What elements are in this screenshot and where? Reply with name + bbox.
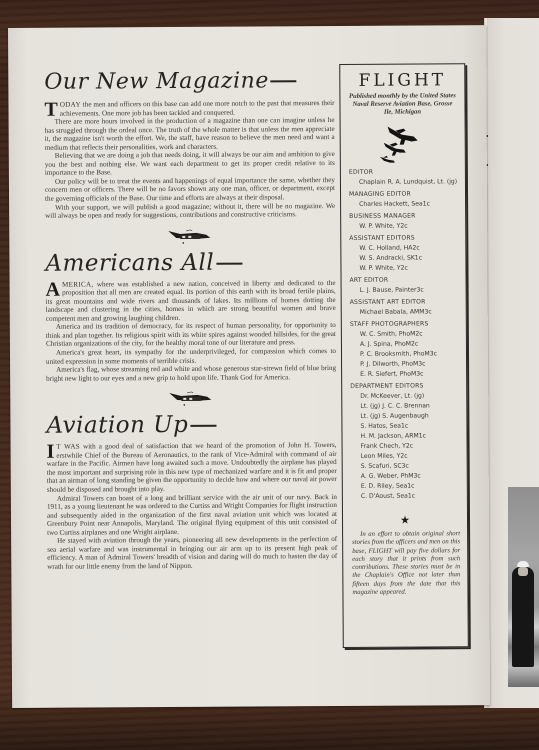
staff-member: P. J. Dilworth, PhoM3c [350,360,466,368]
article-paragraph: He stayed with aviation through the year… [47,535,337,571]
staff-role: MANAGING EDITOR [349,190,465,198]
article-paragraph: America's great heart, its sympathy for … [46,347,336,366]
article-our-new-magazine: Our New Magazine TODAY the men and offic… [44,68,335,220]
article-paragraph: There are more hours involved in the pro… [45,116,335,152]
staff-member: Charles Hackett, Sea1c [349,200,465,208]
article-aviation-up: Aviation Up IT WAS with a good deal of s… [46,411,337,571]
staff-role: ASSISTANT ART EDITOR [350,298,466,306]
staff-member: Leon Miles, Y2c [351,452,467,460]
article-paragraph: With your support, we will publish a goo… [45,202,335,221]
staff-member: E. D. Riley, Sea1c [351,482,467,490]
article-paragraph: America and its tradition of democracy, … [46,321,336,348]
magazine-subtitle: Published monthly by the United States N… [340,90,464,117]
seaplane-icon [167,388,215,408]
staff-member: C. D'Aoust, Sea1c [351,492,467,500]
staff-member: P. C. Brooksmith, PhoM3c [350,350,466,358]
staff-member: Chaplain R. A. Lundquist, Lt. (jg) [349,178,465,186]
staff-member: S. Hatos, Sea1c [350,422,466,430]
staff-member: L. J. Bause, Painter3c [350,286,466,294]
drop-cap: A [46,281,61,297]
staff-member: Lt. (jg) S. Augenbaugh [350,412,466,420]
seaplane-illustration [46,387,336,409]
article-heading: Aviation Up [46,411,336,439]
staff-role: ASSISTANT EDITORS [349,234,465,242]
staff-member: W. S. Andracki, SK1c [349,254,465,262]
staff-member: W. C. Holland, HA2c [349,244,465,252]
staff-member: Michael Babala, AMM3c [350,308,466,316]
staff-member: Frank Chech, Y2c [351,442,467,450]
star-icon: ★ [343,513,467,527]
article-paragraph: Admiral Towers can boast of a long and b… [47,492,337,537]
staff-role: ART EDITOR [350,276,466,284]
staff-member: W. C. Smith, PhoM2c [350,330,466,338]
seaplane-illustration [45,225,335,247]
article-heading: Our New Magazine [44,68,334,95]
staff-member: W. P. White, Y2c [349,222,465,230]
article-paragraph: AMERICA, where was established a new nat… [46,279,336,324]
article-americans-all: Americans All AMERICA, where was establi… [45,249,336,383]
staff-member: A. J. Spina, PhoM2c [350,340,466,348]
staff-role: EDITOR [349,168,465,176]
article-paragraph: Believing that we are doing a job that n… [45,150,335,177]
drop-cap: I [47,444,55,460]
naval-officer-photo [508,487,539,687]
staff-role: STAFF PHOTOGRAPHERS [350,320,466,328]
magazine-title: FLIGHT [340,70,464,91]
staff-member: W. P. White, Y2c [349,264,465,272]
articles-column: Our New Magazine TODAY the men and offic… [44,68,337,571]
article-paragraph: IT WAS with a good deal of satisfaction … [47,441,337,494]
officer-figure [512,567,534,667]
staff-list: EDITORChaplain R. A. Lundquist, Lt. (jg)… [341,168,467,500]
article-heading: Americans All [45,249,335,277]
magazine-page: Our New Magazine TODAY the men and offic… [8,25,490,708]
story-contribution-notice: In an effort to obtain original short st… [343,526,467,597]
staff-role: BUSINESS MANAGER [349,212,465,220]
article-paragraph: America's flag, whose streaming red and … [46,364,336,383]
staff-member: E. R. Siefert, PhoM3c [350,370,466,378]
airplane-formation-icon [378,122,428,164]
staff-member: S. Scafuri, SC3c [351,462,467,470]
staff-member: A. G. Weber, PhM3c [351,472,467,480]
officer-cap [517,561,529,567]
staff-member: H. M. Jackson, ARM1c [350,432,466,440]
article-paragraph: TODAY the men and officers on this base … [44,99,334,118]
masthead-box: FLIGHT Published monthly by the United S… [339,63,469,648]
article-paragraph: Our policy will be to treat the events a… [45,176,335,203]
airplane-formation [341,122,465,165]
seaplane-icon [166,225,214,245]
staff-member: Dr. McKeever, Lt. (jg) [350,392,466,400]
staff-member: Lt. (jg) J. C. C. Brennan [350,402,466,410]
staff-role: DEPARTMENT EDITORS [350,382,466,390]
officer-face [518,567,528,576]
drop-cap: T [44,102,57,118]
